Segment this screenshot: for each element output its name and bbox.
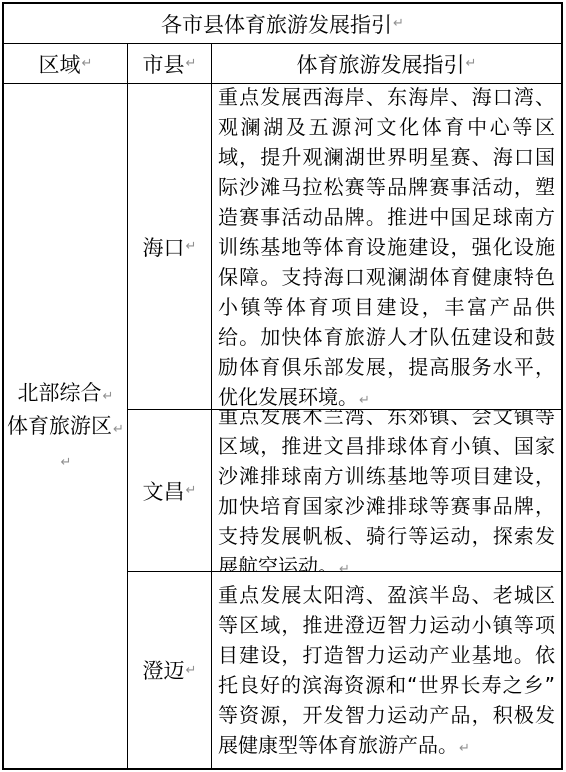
city-name: 澄迈	[143, 655, 185, 685]
guide-paragraph: 重点发展太阳湾、盈滨半岛、老城区等区域，推进澄迈智力运动小镇等项目建设，打造智力…	[218, 580, 555, 760]
paragraph-mark: ↵	[185, 484, 197, 497]
paragraph-mark: ↵	[185, 664, 197, 677]
paragraph-mark: ↵	[185, 57, 197, 70]
paragraph-mark: ↵	[458, 741, 470, 756]
table-title: 各市县体育旅游发展指引	[161, 9, 392, 39]
paragraph-mark: ↵	[81, 57, 93, 70]
column-header-city: 市县↵	[128, 44, 212, 84]
region-empty-line: ↵	[60, 443, 72, 476]
guide-cell-chengmai: 重点发展太阳湾、盈滨半岛、老城区等区域，推进澄迈智力运动小镇等项目建设，打造智力…	[212, 572, 561, 768]
paragraph-mark: ↵	[112, 422, 124, 437]
table-title-row: 各市县体育旅游发展指引↵	[4, 4, 561, 44]
paragraph-mark: ↵	[338, 562, 350, 573]
paragraph-mark: ↵	[102, 389, 114, 404]
city-cell-chengmai: 澄迈↵	[128, 572, 212, 768]
paragraph-mark: ↵	[392, 17, 404, 30]
guide-cell-haikou: 重点发展西海岸、东海岸、海口湾、观澜湖及五源河文化体育中心等区域，提升观澜湖世界…	[212, 84, 561, 410]
column-header-region-label: 区域	[39, 49, 81, 79]
paragraph-mark: ↵	[465, 57, 477, 70]
region-name-line: 北部综合↵	[18, 377, 114, 410]
guide-paragraph: 重点发展西海岸、东海岸、海口湾、观澜湖及五源河文化体育中心等区域，提升观澜湖世界…	[218, 84, 555, 410]
region-cell-north-comprehensive: 北部综合↵ 体育旅游区↵ ↵	[4, 84, 128, 768]
column-header-city-label: 市县	[143, 49, 185, 79]
city-name: 海口	[143, 232, 185, 262]
city-cell-haikou: 海口↵	[128, 84, 212, 410]
column-header-guide: 体育旅游发展指引↵	[212, 44, 561, 84]
paragraph-mark: ↵	[358, 393, 370, 408]
sports-tourism-guide-table: 各市县体育旅游发展指引↵ 区域↵ 市县↵ 体育旅游发展指引↵ 北部综合↵ 体育旅…	[2, 2, 563, 770]
column-header-region: 区域↵	[4, 44, 128, 84]
column-header-guide-label: 体育旅游发展指引	[297, 49, 465, 79]
paragraph-mark: ↵	[185, 240, 197, 253]
guide-cell-wenchang: 重点发展木兰湾、东郊镇、会文镇等区域，推进文昌排球体育小镇、国家沙滩排球南方训练…	[212, 410, 561, 572]
guide-paragraph: 重点发展木兰湾、东郊镇、会文镇等区域，推进文昌排球体育小镇、国家沙滩排球南方训练…	[218, 410, 555, 572]
city-cell-wenchang: 文昌↵	[128, 410, 212, 572]
city-name: 文昌	[143, 476, 185, 506]
region-name-line: 体育旅游区↵	[7, 410, 124, 443]
paragraph-mark: ↵	[60, 455, 72, 470]
